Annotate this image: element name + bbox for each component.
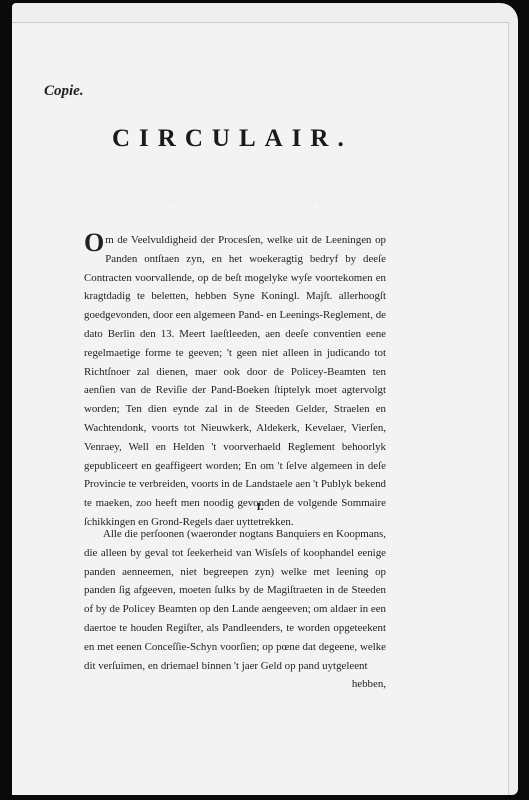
drop-cap: O xyxy=(84,232,104,254)
paragraph-intro: Om de Veelvuldigheid der Procesſen, welk… xyxy=(84,231,386,532)
catchword: hebben, xyxy=(84,675,386,694)
paragraph-section-1: Alle die perſoonen (waeronder nogtans Ba… xyxy=(84,525,386,694)
paragraph-intro-text: m de Veelvuldigheid der Procesſen, welke… xyxy=(84,234,386,528)
paragraph-section-1-text: Alle die perſoonen (waeronder nogtans Ba… xyxy=(84,528,386,672)
faint-mark: · · · xyxy=(164,199,178,205)
document-page: Copie. CIRCULAIR. · · · · · · Om de Veel… xyxy=(12,22,509,795)
copy-note: Copie. xyxy=(44,83,84,100)
document-title: CIRCULAIR. xyxy=(112,125,402,153)
section-number: I. xyxy=(240,501,280,513)
faint-mark: · · · xyxy=(312,199,326,205)
